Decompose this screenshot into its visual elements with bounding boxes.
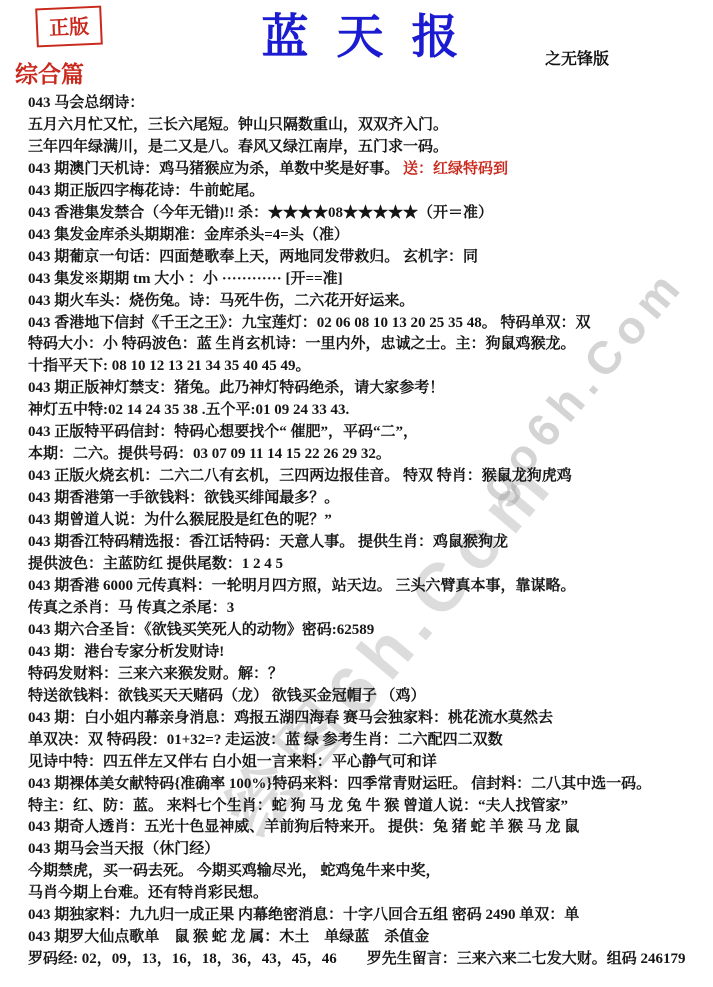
text-segment: 043 集发※期期 tm 大小 ：小 ············ [开==准] <box>28 271 343 287</box>
text-line: 043 期裸体美女献特码{准确率 100%}特码来料：四季常青财运旺。 信封料：… <box>28 774 709 796</box>
text-line: 043 期：港台专家分析发财诗! <box>28 642 709 664</box>
text-line: 043 期奇人透肖：五光十色显神威、羊前狗后特来开。 提供：兔 猪 蛇 羊 猴 … <box>28 817 709 839</box>
text-segment: 提供波色：主蓝防红 提供尾数：1 2 4 5 <box>28 556 283 572</box>
text-line: 十指平天下: 08 10 12 13 21 34 35 40 45 49。 <box>28 356 709 378</box>
text-segment: 马肖今期上台难。还有特肖彩民想。 <box>28 885 268 901</box>
text-line: 特主：红、防：蓝。 来料七个生肖：蛇 狗 马 龙 兔 牛 猴 曾道人说：“夫人找… <box>28 796 709 818</box>
text-segment: 043 期：港台专家分析发财诗! <box>28 644 224 660</box>
text-line: 043 马会总纲诗： <box>28 93 709 115</box>
text-segment: 043 期香港 6000 元传真料：一轮明月四方照，站天边。 三头六臂真本事，靠… <box>28 578 576 594</box>
text-line: 043 香港地下信封《千王之王》：九宝莲灯：02 06 08 10 13 20 … <box>28 313 709 335</box>
text-line: 043 期香江特码精选报：香江话特码：天意人事。 提供生肖：鸡鼠猴狗龙 <box>28 532 709 554</box>
text-line: 043 期：白小姐内幕亲身消息：鸡报五湖四海春 赛马会独家料：桃花流水莫然去 <box>28 708 709 730</box>
text-line: 见诗中特：四五伴左又伴右 白小姐一言来料：平心静气可和详 <box>28 752 709 774</box>
text-segment: 十指平天下: 08 10 12 13 21 34 35 40 45 49。 <box>28 358 311 374</box>
text-line: 五月六月忙又忙，三长六尾短。钟山只隔数重山，双双齐入门。 <box>28 115 709 137</box>
text-segment: 043 期马会当天报（休门经） <box>28 841 219 857</box>
text-segment: 三年四年绿满川，是二又是八。春风又绿江南岸，五门求一码。 <box>28 139 448 155</box>
section-title: 综合篇 <box>15 56 84 89</box>
text-segment: 043 期澳门天机诗：鸡马猪猴应为杀，单数中奖是好事。 <box>28 161 403 177</box>
text-segment: 043 集发金库杀头期期准：金库杀头=4=头（准） <box>28 227 349 243</box>
text-line: 特送欲钱料：欲钱买天天赌码（龙） 欲钱买金冠帽子 （鸡） <box>28 686 709 708</box>
text-line: 043 期独家料：九九归一成正果 内幕绝密消息：十字八回合五组 密码 2490 … <box>28 905 709 927</box>
text-line: 三年四年绿满川，是二又是八。春风又绿江南岸，五门求一码。 <box>28 137 709 159</box>
text-segment: 043 马会总纲诗： <box>28 95 144 111</box>
text-segment: 043 期火车头：烧伤兔。诗：马死牛伤，二六花开好运来。 <box>28 293 414 309</box>
text-line: 043 期曾道人说：为什么猴屁股是红色的呢？” <box>28 510 709 532</box>
text-segment: 043 期奇人透肖：五光十色显神威、羊前狗后特来开。 提供：兔 猪 蛇 羊 猴 … <box>28 819 579 835</box>
text-line: 马肖今期上台难。还有特肖彩民想。 <box>28 883 709 905</box>
text-line: 043 期香港第一手欲钱料：欲钱买绯闻最多？。 <box>28 488 709 510</box>
text-line: 043 期六合圣旨：《欲钱买笑死人的动物》密码:62589 <box>28 620 709 642</box>
text-segment: 043 期香港第一手欲钱料：欲钱买绯闻最多？。 <box>28 490 339 506</box>
text-line: 043 集发金库杀头期期准：金库杀头=4=头（准） <box>28 225 709 247</box>
text-segment: 见诗中特：四五伴左又伴右 白小姐一言来料：平心静气可和详 <box>28 754 437 770</box>
text-line: 传真之杀肖：马 传真之杀尾：3 <box>28 598 709 620</box>
text-line: 本期：二六。提供号码：03 07 09 11 14 15 22 26 29 32… <box>28 444 709 466</box>
text-segment: 传真之杀肖：马 传真之杀尾：3 <box>28 600 234 616</box>
tips-text-block: 043 马会总纲诗：五月六月忙又忙，三长六尾短。钟山只隔数重山，双双齐入门。三年… <box>28 93 709 971</box>
text-line: 特码大小：小 特码波色：蓝 生肖玄机诗：一里内外，忠诚之士。主：狗鼠鸡猴龙。 <box>28 334 709 356</box>
text-segment: 043 香港集发禁合（今年无错)!! 杀：★★★★08★★★★★（开＝准） <box>28 205 493 221</box>
authentic-stamp: 正版 <box>35 6 103 48</box>
text-segment: 特送欲钱料：欲钱买天天赌码（龙） 欲钱买金冠帽子 （鸡） <box>28 688 426 704</box>
text-segment: 罗码经: 02，09，13，16，18，36，43，45，46 罗先生留言：三来… <box>28 951 686 967</box>
text-segment: 今期禁虎，买一码去死。 今期买鸡输尽光， 蛇鸡兔牛来中奖， <box>28 863 441 879</box>
text-segment: 043 期香江特码精选报：香江话特码：天意人事。 提供生肖：鸡鼠猴狗龙 <box>28 534 508 550</box>
highlighted-text-segment: 送：红绿特码到 <box>403 161 508 177</box>
text-segment: 043 正版火烧玄机：二六二八有玄机，三四两边报佳音。 特双 特肖：猴鼠龙狗虎鸡 <box>28 468 572 484</box>
newspaper-page: go6h.Com 绘图6h.Com 正版 蓝天报 之无锋版 综合篇 043 马会… <box>0 0 713 987</box>
text-segment: 043 期曾道人说：为什么猴屁股是红色的呢？” <box>28 512 332 528</box>
text-line: 043 集发※期期 tm 大小 ：小 ············ [开==准] <box>28 269 709 291</box>
edition-label: 之无锋版 <box>545 46 609 69</box>
text-line: 043 香港集发禁合（今年无错)!! 杀：★★★★08★★★★★（开＝准） <box>28 203 709 225</box>
text-segment: 单双决：双 特码段：01+32=? 走运波：蓝 绿 参考生肖：二六配四二双数 <box>28 732 503 748</box>
text-line: 043 正版火烧玄机：二六二八有玄机，三四两边报佳音。 特双 特肖：猴鼠龙狗虎鸡 <box>28 466 709 488</box>
text-line: 特码发财料：三来六来猴发财。解：？ <box>28 664 709 686</box>
text-line: 043 正版特平码信封：特码心想要找个“ 催肥”，平码“二”， <box>28 422 709 444</box>
text-line: 043 期葡京一句话：四面楚歌奉上天，两地同发带救归。 玄机字：同 <box>28 247 709 269</box>
text-line: 043 期火车头：烧伤兔。诗：马死牛伤，二六花开好运来。 <box>28 291 709 313</box>
text-segment: 043 期独家料：九九归一成正果 内幕绝密消息：十字八回合五组 密码 2490 … <box>28 907 579 923</box>
text-segment: 043 香港地下信封《千王之王》：九宝莲灯：02 06 08 10 13 20 … <box>28 315 591 331</box>
text-line: 043 期罗大仙点歌单 鼠 猴 蛇 龙 属：木土 单绿蓝 杀值金 <box>28 927 709 949</box>
text-segment: 本期：二六。提供号码：03 07 09 11 14 15 22 26 29 32… <box>28 446 391 462</box>
text-segment: 043 期葡京一句话：四面楚歌奉上天，两地同发带救归。 玄机字：同 <box>28 249 478 265</box>
text-segment: 五月六月忙又忙，三长六尾短。钟山只隔数重山，双双齐入门。 <box>28 117 448 133</box>
text-segment: 特码发财料：三来六来猴发财。解：？ <box>28 666 283 682</box>
text-line: 提供波色：主蓝防红 提供尾数：1 2 4 5 <box>28 554 709 576</box>
text-segment: 神灯五中特:02 14 24 35 38 .五个平:01 09 24 33 43… <box>28 402 349 418</box>
text-line: 043 期正版四字梅花诗：牛前蛇尾。 <box>28 181 709 203</box>
text-line: 单双决：双 特码段：01+32=? 走运波：蓝 绿 参考生肖：二六配四二双数 <box>28 730 709 752</box>
paper-title: 蓝天报 <box>160 0 560 67</box>
text-segment: 043 期六合圣旨：《欲钱买笑死人的动物》密码:62589 <box>28 622 374 638</box>
text-line: 043 期正版神灯禁支：猪兔。此乃神灯特码绝杀，请大家参考！ <box>28 378 709 400</box>
text-segment: 043 期正版神灯禁支：猪兔。此乃神灯特码绝杀，请大家参考！ <box>28 380 444 396</box>
text-line: 043 期香港 6000 元传真料：一轮明月四方照，站天边。 三头六臂真本事，靠… <box>28 576 709 598</box>
text-line: 神灯五中特:02 14 24 35 38 .五个平:01 09 24 33 43… <box>28 400 709 422</box>
text-segment: 特码大小：小 特码波色：蓝 生肖玄机诗：一里内外，忠诚之士。主：狗鼠鸡猴龙。 <box>28 336 576 352</box>
text-segment: 043 期正版四字梅花诗：牛前蛇尾。 <box>28 183 264 199</box>
text-line: 今期禁虎，买一码去死。 今期买鸡输尽光， 蛇鸡兔牛来中奖， <box>28 861 709 883</box>
text-line: 043 期澳门天机诗：鸡马猪猴应为杀，单数中奖是好事。 送：红绿特码到 <box>28 159 709 181</box>
text-segment: 043 期：白小姐内幕亲身消息：鸡报五湖四海春 赛马会独家料：桃花流水莫然去 <box>28 710 553 726</box>
text-line: 043 期马会当天报（休门经） <box>28 839 709 861</box>
text-segment: 043 正版特平码信封：特码心想要找个“ 催肥”，平码“二”， <box>28 424 418 440</box>
text-segment: 043 期罗大仙点歌单 鼠 猴 蛇 龙 属：木土 单绿蓝 杀值金 <box>28 929 429 945</box>
text-segment: 043 期裸体美女献特码{准确率 100%}特码来料：四季常青财运旺。 信封料：… <box>28 776 651 792</box>
text-segment: 特主：红、防：蓝。 来料七个生肖：蛇 狗 马 龙 兔 牛 猴 曾道人说：“夫人找… <box>28 798 568 814</box>
text-line: 罗码经: 02，09，13，16，18，36，43，45，46 罗先生留言：三来… <box>28 949 709 971</box>
